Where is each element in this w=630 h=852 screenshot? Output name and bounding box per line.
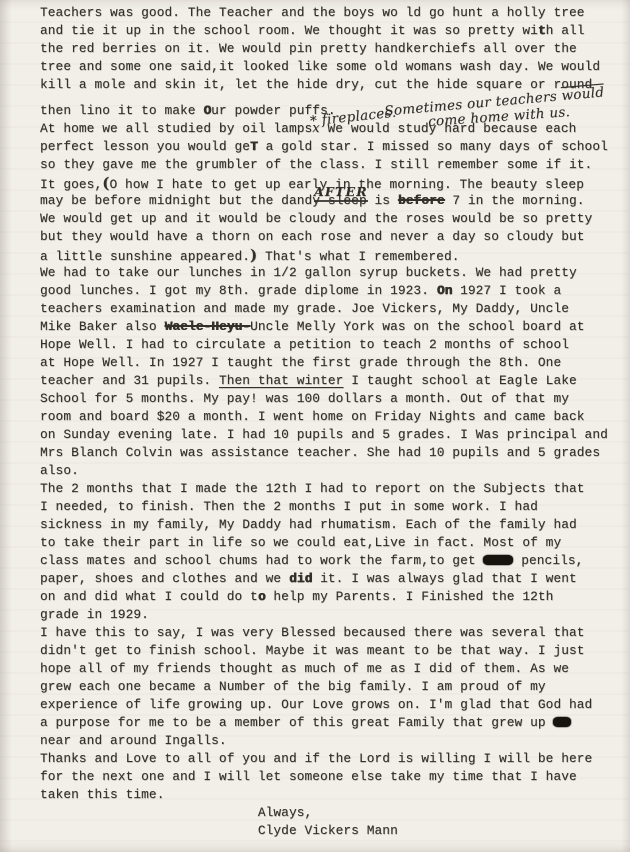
text-segment: so they gave me the grumbler of the clas… [40,157,592,172]
typed-line: teacher and 31 pupils. Then that winter … [40,372,624,390]
text-segment: Waele-Heyu- [164,319,250,334]
typed-line: but they would have a thorn on each rose… [40,228,624,246]
text-segment: School for 5 months. My pay! was 100 dol… [40,391,569,406]
text-segment: I needed, to finish. Then the 2 months I… [40,499,538,514]
text-segment: a purpose for me to be a member of this … [40,715,553,730]
text-segment: On [437,283,453,298]
typed-line: grade in 1929. [40,606,624,624]
text-segment: class mates and school chums had to work… [40,553,483,568]
scanned-letter-page: Teachers was good. The Teacher and the b… [0,0,630,852]
text-segment: h all [546,23,585,38]
typed-line: Mike Baker also Waele-Heyu-Uncle Melly Y… [40,318,624,336]
typed-line: so they gave me the grumbler of the clas… [40,156,624,174]
text-segment: Teachers was good. The Teacher and the b… [40,5,585,20]
typed-line: teachers examination and made my grade. … [40,300,624,318]
typed-line: experience of life growing up. Our Love … [40,696,624,714]
typed-line: good lunches. I got my 8th. grade diplom… [40,282,624,300]
text-segment: paper, shoes and clothes and we [40,571,289,586]
typed-line: taken this time. [40,786,624,804]
typed-line: at Hope Well. In 1927 I taught the first… [40,354,624,372]
typed-line: paper, shoes and clothes and we did it. … [40,570,624,588]
text-segment: I taught school at Eagle Lake [343,373,576,388]
text-segment: teachers examination and made my grade. … [40,301,569,316]
typed-line: class mates and school chums had to work… [40,552,624,570]
text-segment: a little sunshine appeared. [40,249,250,264]
text-segment: the red berries on it. We would pin pret… [40,41,577,56]
text-segment: O [203,103,211,118]
typed-line: on and did what I could do to help my Pa… [40,588,624,606]
text-segment: for the next one and I will let someone … [40,769,577,784]
text-segment: perfect lesson you would ge [40,139,250,154]
typed-line: a little sunshine appeared.) That's what… [40,246,624,264]
text-segment: help my Parents. I Finished the 12th [266,589,554,604]
text-segment: didn't get to finish school. Maybe it wa… [40,643,585,658]
handwriting-segment: AFTER [314,184,368,202]
text-segment: on and did what I could do t [40,589,258,604]
text-segment: I have this to say, I was very Blessed b… [40,625,585,640]
text-segment: Clyde Vickers Mann [40,823,398,838]
text-segment: Uncle Melly York was on the school board… [250,319,585,334]
text-segment: a gold star. I missed so many days of sc… [258,139,608,154]
text-segment: tree and some one said,it looked like so… [40,59,600,74]
handwritten-annotation: AFTER [314,184,368,200]
typed-line: The 2 months that I made the 12th I had … [40,480,624,498]
text-segment: also. [40,463,79,478]
text-segment: The 2 months that I made the 12th I had … [40,481,585,496]
typed-line: and tie it up in the school room. We tho… [40,22,624,40]
text-segment: At home we all studied by oil lamps [40,121,312,136]
text-segment: Mike Baker also [40,319,164,334]
typed-line: We had to take our lunches in 1/2 gallon… [40,264,624,282]
text-segment: it. I was always glad that I went [312,571,577,586]
typed-line: Clyde Vickers Mann [40,822,624,840]
text-segment: Thanks and Love to all of you and if the… [40,751,592,766]
text-segment: and tie it up in the school room. We tho… [40,23,538,38]
typed-line: on Sunday evening late. I had 10 pupils … [40,426,624,444]
text-segment: near and around Ingalls. [40,733,227,748]
typed-line: Hope Well. I had to circulate a petition… [40,336,624,354]
text-segment: grade in 1929. [40,607,149,622]
typed-line: tree and some one said,it looked like so… [40,58,624,76]
text-segment: Hope Well. I had to circulate a petition… [40,337,569,352]
text-segment: pencils, [513,553,583,568]
typed-line: perfect lesson you would geT a gold star… [40,138,624,156]
text-segment: We had to take our lunches in 1/2 gallon… [40,265,577,280]
typed-line: to take their part in life so we could e… [40,534,624,552]
typed-line: Mrs Blanch Colvin was assistance teacher… [40,444,624,462]
typed-line: near and around Ingalls. [40,732,624,750]
text-segment: before [398,193,445,208]
typed-line: also. [40,462,624,480]
text-segment: Then that winter [219,373,343,388]
typed-line: We would get up and it would be cloudy a… [40,210,624,228]
typed-line: School for 5 months. My pay! was 100 dol… [40,390,624,408]
text-segment: Always, [40,805,312,820]
text-segment: good lunches. I got my 8th. grade diplom… [40,283,437,298]
text-segment: 1927 I took a [452,283,561,298]
text-segment: We would get up and it would be cloudy a… [40,211,592,226]
text-segment: That's what I remembered. [257,249,459,264]
ink-blot [553,717,571,727]
typed-line: sickness in my family, My Daddy had rhum… [40,516,624,534]
typed-line: grew each one became a Number of the big… [40,678,624,696]
text-segment: sickness in my family, My Daddy had rhum… [40,517,577,532]
text-segment: then lino it to make [40,103,203,118]
text-segment: but they would have a thorn on each rose… [40,229,585,244]
text-segment: hope all of my friends thought as much o… [40,661,569,676]
typed-line: room and board $20 a month. I went home … [40,408,624,426]
text-segment: at Hope Well. In 1927 I taught the first… [40,355,561,370]
text-segment: kill a mole and skin it, let the hide dr… [40,77,592,92]
text-segment: on Sunday evening late. I had 10 pupils … [40,427,608,442]
text-segment: did [289,571,312,586]
typed-text-layer: Teachers was good. The Teacher and the b… [40,4,624,840]
text-segment: taken this time. [40,787,164,802]
typed-line: didn't get to finish school. Maybe it wa… [40,642,624,660]
typed-line: Thanks and Love to all of you and if the… [40,750,624,768]
typed-line: a purpose for me to be a member of this … [40,714,624,732]
ink-blot [483,555,513,565]
text-segment: It goes, [40,177,102,192]
text-segment: experience of life growing up. Our Love … [40,697,592,712]
text-segment: Mrs Blanch Colvin was assistance teacher… [40,445,600,460]
typed-line: Always, [40,804,624,822]
typed-line: for the next one and I will let someone … [40,768,624,786]
text-segment: t [538,23,546,38]
typed-line: hope all of my friends thought as much o… [40,660,624,678]
text-segment: T [250,139,258,154]
text-segment: teacher and 31 pupils. [40,373,219,388]
typed-line: I needed, to finish. Then the 2 months I… [40,498,624,516]
typed-line: the red berries on it. We would pin pret… [40,40,624,58]
text-segment: grew each one became a Number of the big… [40,679,546,694]
text-segment: o [258,589,266,604]
text-segment: 7 in the morning. [445,193,585,208]
text-segment: to take their part in life so we could e… [40,535,561,550]
typed-line: Teachers was good. The Teacher and the b… [40,4,624,22]
text-segment: room and board $20 a month. I went home … [40,409,585,424]
typed-line: I have this to say, I was very Blessed b… [40,624,624,642]
